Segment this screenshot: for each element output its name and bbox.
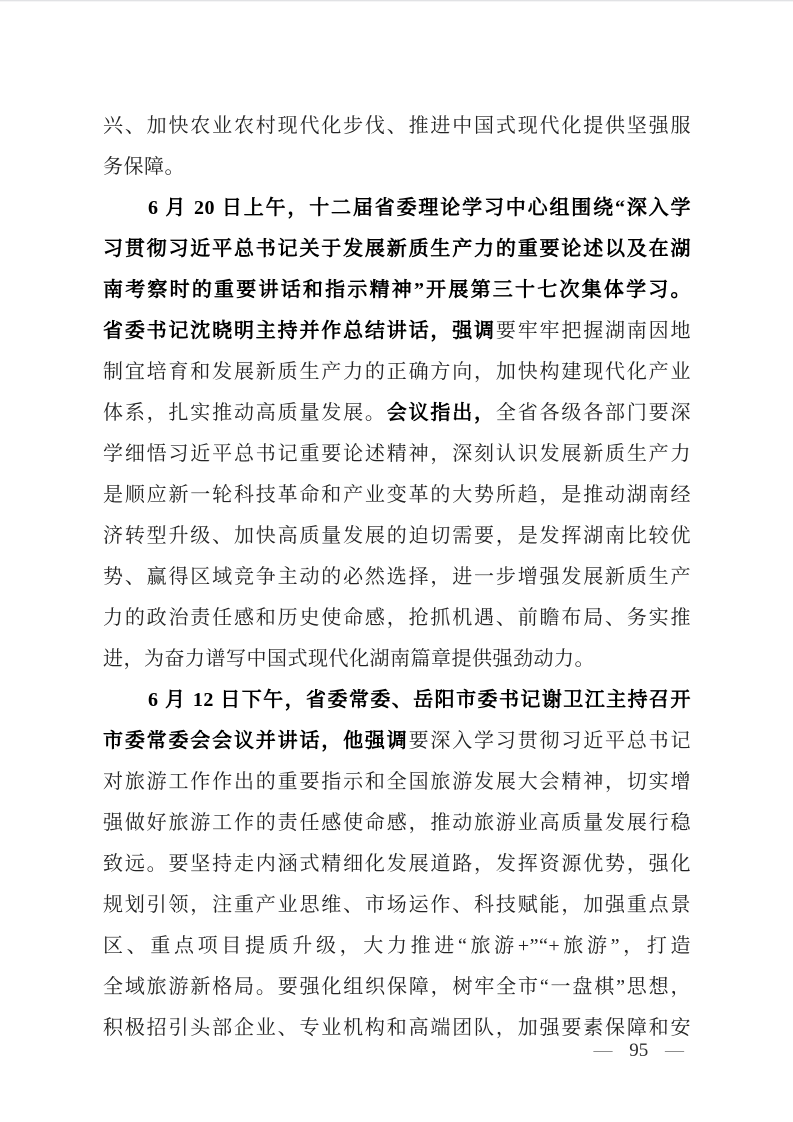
text-segment: 区、重点项目提质升级，大力推进“旅游+”“+旅游”，打造 [103, 935, 691, 957]
text-segment: 要深入学习贯彻习近平总书记 [409, 730, 691, 752]
text-line: 规划引领，注重产业思维、市场运作、科技赋能，加强重点景 [103, 885, 691, 926]
text-segment: 强做好旅游工作的责任感使命感，推动旅游业高质量发展行稳 [103, 812, 691, 834]
text-line: 6 月 12 日下午，省委常委、岳阳市委书记谢卫江主持召开 [103, 680, 691, 721]
bold-text-segment: 市委常委会会议并讲话，他强调 [103, 730, 409, 752]
text-segment: 是顺应新一轮科技革命和产业变革的大势所趋，是推动湖南经 [103, 484, 691, 506]
bold-text-segment: 6 月 20 日上午，十二届省委理论学习中心组围绕“深入学 [148, 197, 691, 219]
page-number-dash-left: — [588, 1040, 619, 1061]
bold-text-segment: 省委书记沈晓明主持并作总结讲话，强调 [103, 320, 496, 342]
text-segment: 积极招引头部企业、专业机构和高端团队，加强要素保障和安 [103, 1017, 691, 1039]
document-page: 兴、加快农业农村现代化步伐、推进中国式现代化提供坚强服务保障。6 月 20 日上… [0, 0, 793, 1122]
text-line: 势、赢得区域竞争主动的必然选择，进一步增强发展新质生产 [103, 557, 691, 598]
text-line: 是顺应新一轮科技革命和产业变革的大势所趋，是推动湖南经 [103, 475, 691, 516]
document-body: 兴、加快农业农村现代化步伐、推进中国式现代化提供坚强服务保障。6 月 20 日上… [103, 106, 691, 1049]
text-line: 体系，扎实推动高质量发展。会议指出，全省各级各部门要深 [103, 393, 691, 434]
text-segment: 势、赢得区域竞争主动的必然选择，进一步增强发展新质生产 [103, 566, 691, 588]
text-line: 全域旅游新格局。要强化组织保障，树牢全市“一盘棋”思想， [103, 967, 691, 1008]
text-line: 强做好旅游工作的责任感使命感，推动旅游业高质量发展行稳 [103, 803, 691, 844]
text-line: 市委常委会会议并讲话，他强调要深入学习贯彻习近平总书记 [103, 721, 691, 762]
text-segment: 对旅游工作作出的重要指示和全国旅游发展大会精神，切实增 [103, 771, 691, 793]
text-segment: 济转型升级、加快高质量发展的迫切需要，是发挥湖南比较优 [103, 525, 691, 547]
text-segment: 要牢牢把握湖南因地 [496, 320, 691, 342]
scan-edge-artifact [0, 0, 793, 2]
text-segment: 力的政治责任感和历史使命感，抢抓机遇、前瞻布局、务实推 [103, 607, 691, 629]
bold-text-segment: 习贯彻习近平总书记关于发展新质生产力的重要论述以及在湖 [103, 238, 691, 260]
text-segment: 规划引领，注重产业思维、市场运作、科技赋能，加强重点景 [103, 894, 691, 916]
text-line: 南考察时的重要讲话和指示精神”开展第三十七次集体学习。 [103, 270, 691, 311]
text-line: 省委书记沈晓明主持并作总结讲话，强调要牢牢把握湖南因地 [103, 311, 691, 352]
text-line: 兴、加快农业农村现代化步伐、推进中国式现代化提供坚强服 [103, 106, 691, 147]
text-line: 进，为奋力谱写中国式现代化湖南篇章提供强劲动力。 [103, 639, 691, 680]
text-segment: 进，为奋力谱写中国式现代化湖南篇章提供强劲动力。 [103, 648, 595, 670]
text-line: 6 月 20 日上午，十二届省委理论学习中心组围绕“深入学 [103, 188, 691, 229]
text-line: 济转型升级、加快高质量发展的迫切需要，是发挥湖南比较优 [103, 516, 691, 557]
page-number-dash-right: — [659, 1040, 690, 1061]
text-line: 学细悟习近平总书记重要论述精神，深刻认识发展新质生产力 [103, 434, 691, 475]
bold-text-segment: 南考察时的重要讲话和指示精神”开展第三十七次集体学习。 [103, 279, 691, 301]
text-segment: 全域旅游新格局。要强化组织保障，树牢全市“一盘棋”思想， [103, 976, 691, 998]
text-segment: 务保障。 [103, 156, 185, 178]
text-line: 务保障。 [103, 147, 691, 188]
text-line: 习贯彻习近平总书记关于发展新质生产力的重要论述以及在湖 [103, 229, 691, 270]
text-segment: 致远。要坚持走内涵式精细化发展道路，发挥资源优势，强化 [103, 853, 691, 875]
page-number: — 95 — [588, 1040, 691, 1062]
bold-text-segment: 会议指出， [387, 402, 496, 424]
text-line: 力的政治责任感和历史使命感，抢抓机遇、前瞻布局、务实推 [103, 598, 691, 639]
text-segment: 体系，扎实推动高质量发展。 [103, 402, 387, 424]
text-segment: 学细悟习近平总书记重要论述精神，深刻认识发展新质生产力 [103, 443, 691, 465]
page-number-value: 95 [623, 1040, 654, 1061]
text-segment: 兴、加快农业农村现代化步伐、推进中国式现代化提供坚强服 [103, 115, 691, 137]
text-line: 对旅游工作作出的重要指示和全国旅游发展大会精神，切实增 [103, 762, 691, 803]
text-line: 制宜培育和发展新质生产力的正确方向，加快构建现代化产业 [103, 352, 691, 393]
text-segment: 制宜培育和发展新质生产力的正确方向，加快构建现代化产业 [103, 361, 691, 383]
text-line: 区、重点项目提质升级，大力推进“旅游+”“+旅游”，打造 [103, 926, 691, 967]
bold-text-segment: 6 月 12 日下午，省委常委、岳阳市委书记谢卫江主持召开 [148, 689, 691, 711]
text-segment: 全省各级各部门要深 [496, 402, 691, 424]
text-line: 致远。要坚持走内涵式精细化发展道路，发挥资源优势，强化 [103, 844, 691, 885]
